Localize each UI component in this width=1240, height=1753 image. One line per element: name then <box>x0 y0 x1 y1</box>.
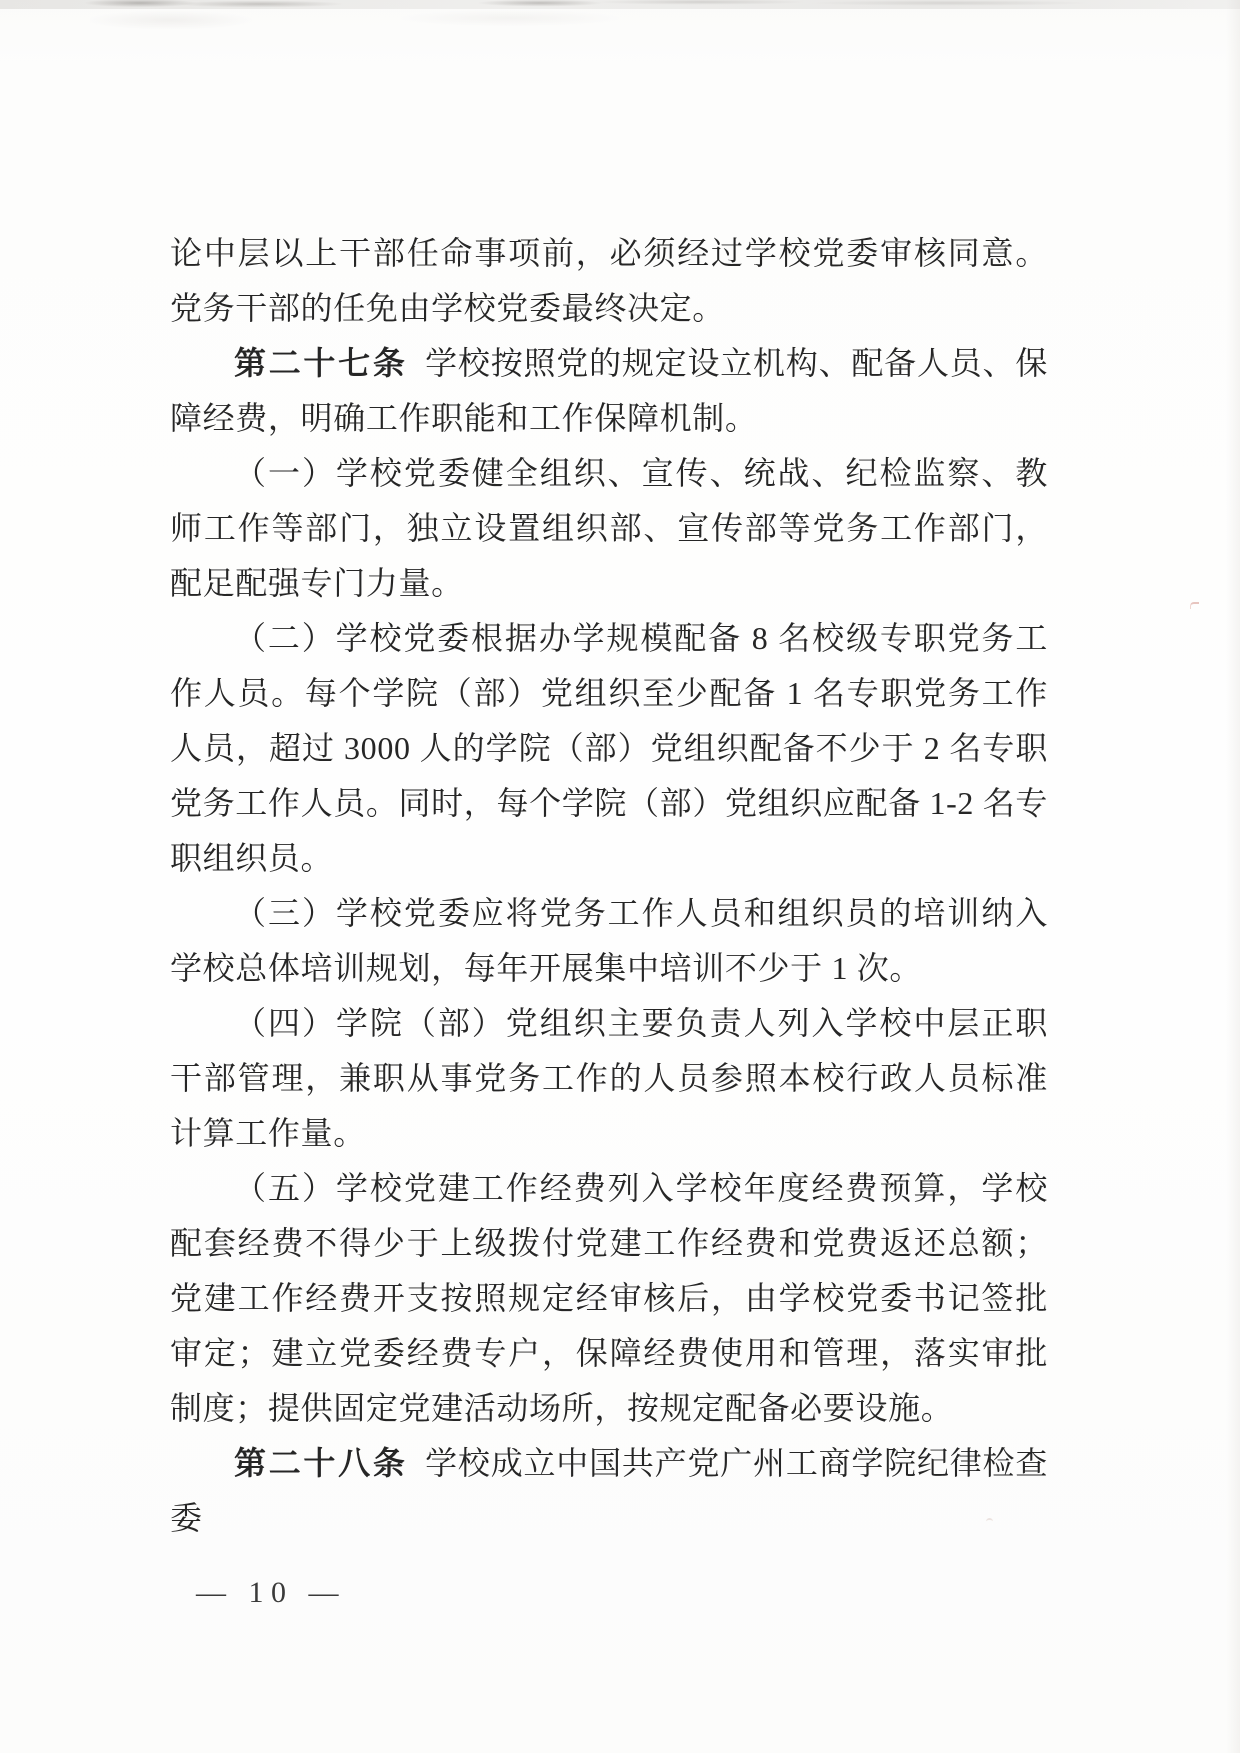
article-27-number: 第二十七条 <box>234 345 408 381</box>
scan-smudge-artifact <box>90 8 710 48</box>
article-28-paragraph: 第二十八条学校成立中国共产党广州工商学院纪律检查委 <box>170 1436 1048 1546</box>
page-number: — 10 — <box>196 1576 336 1610</box>
article-28-number: 第二十八条 <box>234 1445 408 1481</box>
paragraph-continuation: 论中层以上干部任命事项前，必须经过学校党委审核同意。党务干部的任免由学校党委最终… <box>170 226 1048 336</box>
article-27-item-4-paragraph: （四）学院（部）党组织主要负责人列入学校中层正职干部管理，兼职从事党务工作的人员… <box>170 996 1048 1161</box>
article-27-item-2-paragraph: （二）学校党委根据办学规模配备 8 名校级专职党务工作人员。每个学院（部）党组织… <box>170 611 1048 886</box>
page-edge-shadow <box>1226 0 1240 1753</box>
document-body: 论中层以上干部任命事项前，必须经过学校党委审核同意。党务干部的任免由学校党委最终… <box>170 226 1048 1546</box>
article-27-item-5-paragraph: （五）学校党建工作经费列入学校年度经费预算，学校配套经费不得少于上级拨付党建工作… <box>170 1161 1048 1436</box>
article-27-paragraph: 第二十七条学校按照党的规定设立机构、配备人员、保障经费，明确工作职能和工作保障机… <box>170 336 1048 446</box>
article-27-item-3-paragraph: （三）学校党委应将党务工作人员和组织员的培训纳入学校总体培训规划，每年开展集中培… <box>170 886 1048 996</box>
article-27-item-1-paragraph: （一）学校党委健全组织、宣传、统战、纪检监察、教师工作等部门，独立设置组织部、宣… <box>170 446 1048 611</box>
scanned-document-page: 论中层以上干部任命事项前，必须经过学校党委审核同意。党务干部的任免由学校党委最终… <box>0 0 1240 1753</box>
scan-speck <box>1190 602 1199 609</box>
